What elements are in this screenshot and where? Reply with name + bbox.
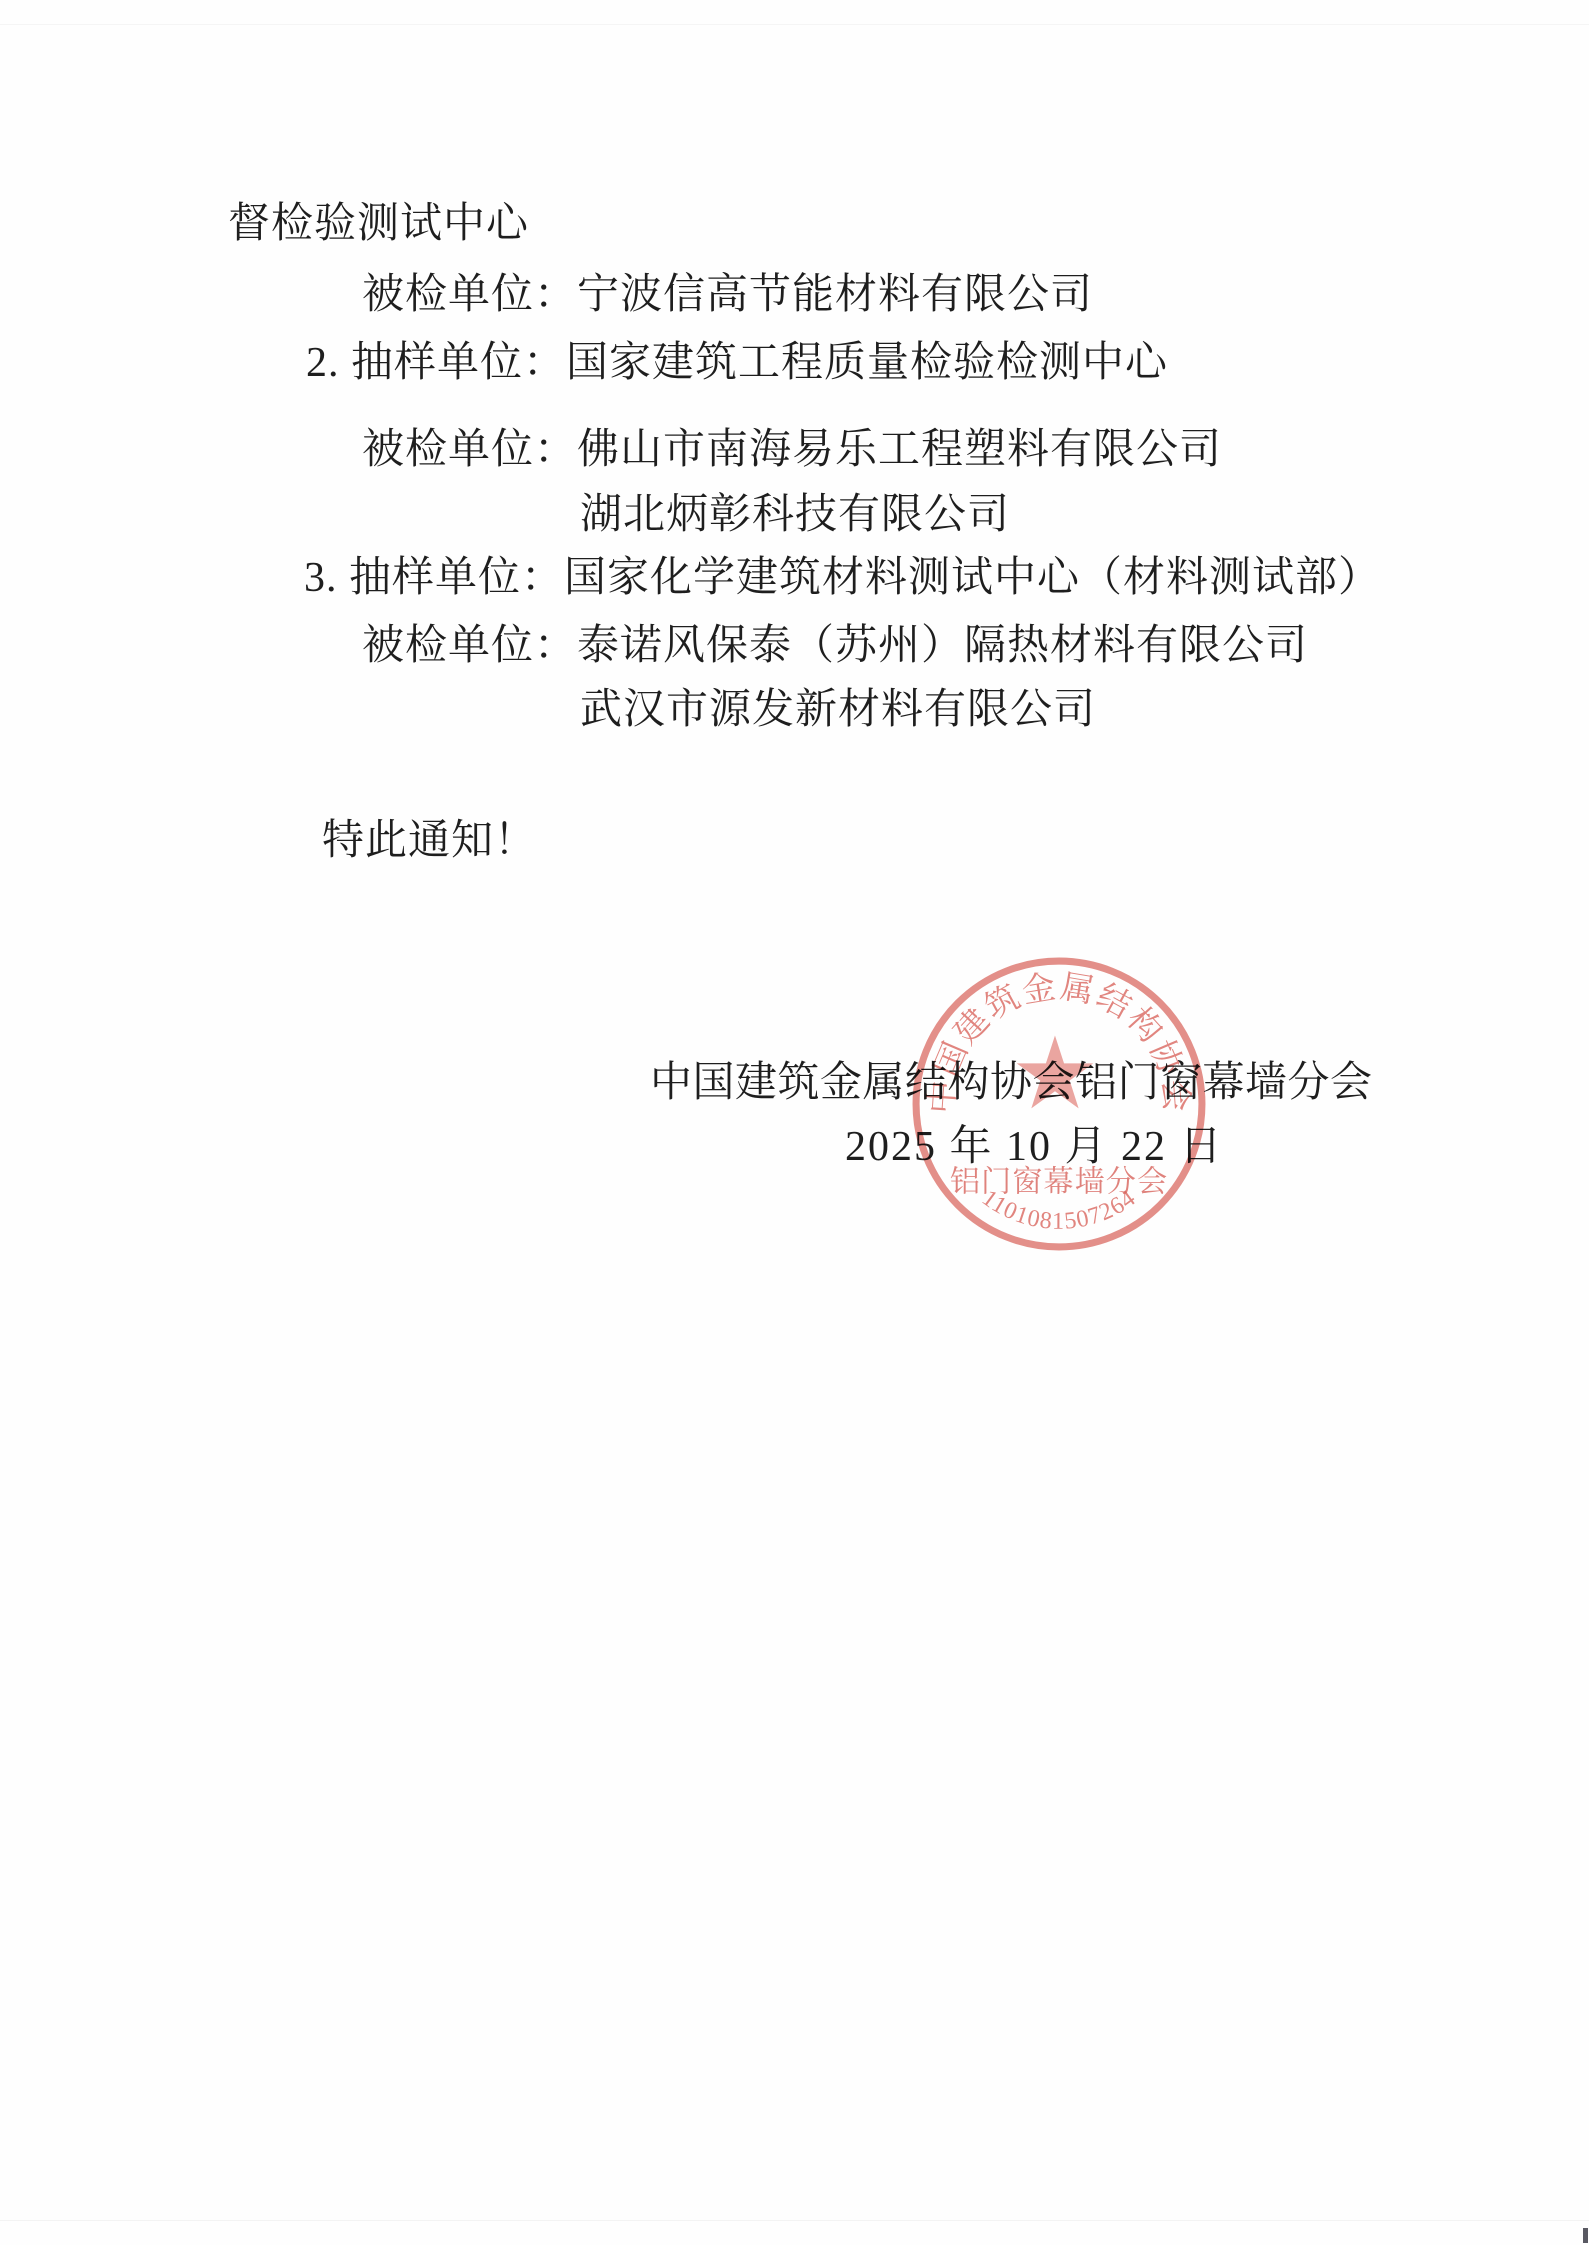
seal-star-icon — [1017, 1036, 1094, 1109]
scan-artifact-line — [0, 24, 1589, 25]
body-line-4-inspected-unit: 被检单位：佛山市南海易乐工程塑料有限公司 — [362, 427, 1222, 473]
body-line-2-inspected-unit: 被检单位：宁波信高节能材料有限公司 — [362, 272, 1093, 318]
closing-statement: 特此通知！ — [322, 818, 537, 864]
body-line-6-sampling-unit-3: 3. 抽样单位：国家化学建筑材料测试中心（材料测试部） — [304, 555, 1381, 601]
body-line-5-inspected-unit-cont: 湖北炳彰科技有限公司 — [580, 492, 1010, 538]
body-line-7-inspected-unit: 被检单位：泰诺风保泰（苏州）隔热材料有限公司 — [362, 623, 1308, 669]
body-line-1: 督检验测试中心 — [228, 201, 529, 247]
seal-inner-text: 铝门窗幕墙分会 — [950, 1165, 1168, 1199]
body-line-8-inspected-unit-cont: 武汉市源发新材料有限公司 — [580, 687, 1096, 733]
scan-artifact-speck — [1583, 2228, 1588, 2243]
official-seal: 中国建筑金属结构协会 铝门窗幕墙分会 1101081507264 — [908, 953, 1210, 1255]
scan-artifact-line — [0, 2220, 1589, 2221]
body-line-3-sampling-unit-2: 2. 抽样单位：国家建筑工程质量检验检测中心 — [306, 340, 1168, 386]
document-page: 督检验测试中心 被检单位：宁波信高节能材料有限公司 2. 抽样单位：国家建筑工程… — [0, 0, 1589, 2245]
